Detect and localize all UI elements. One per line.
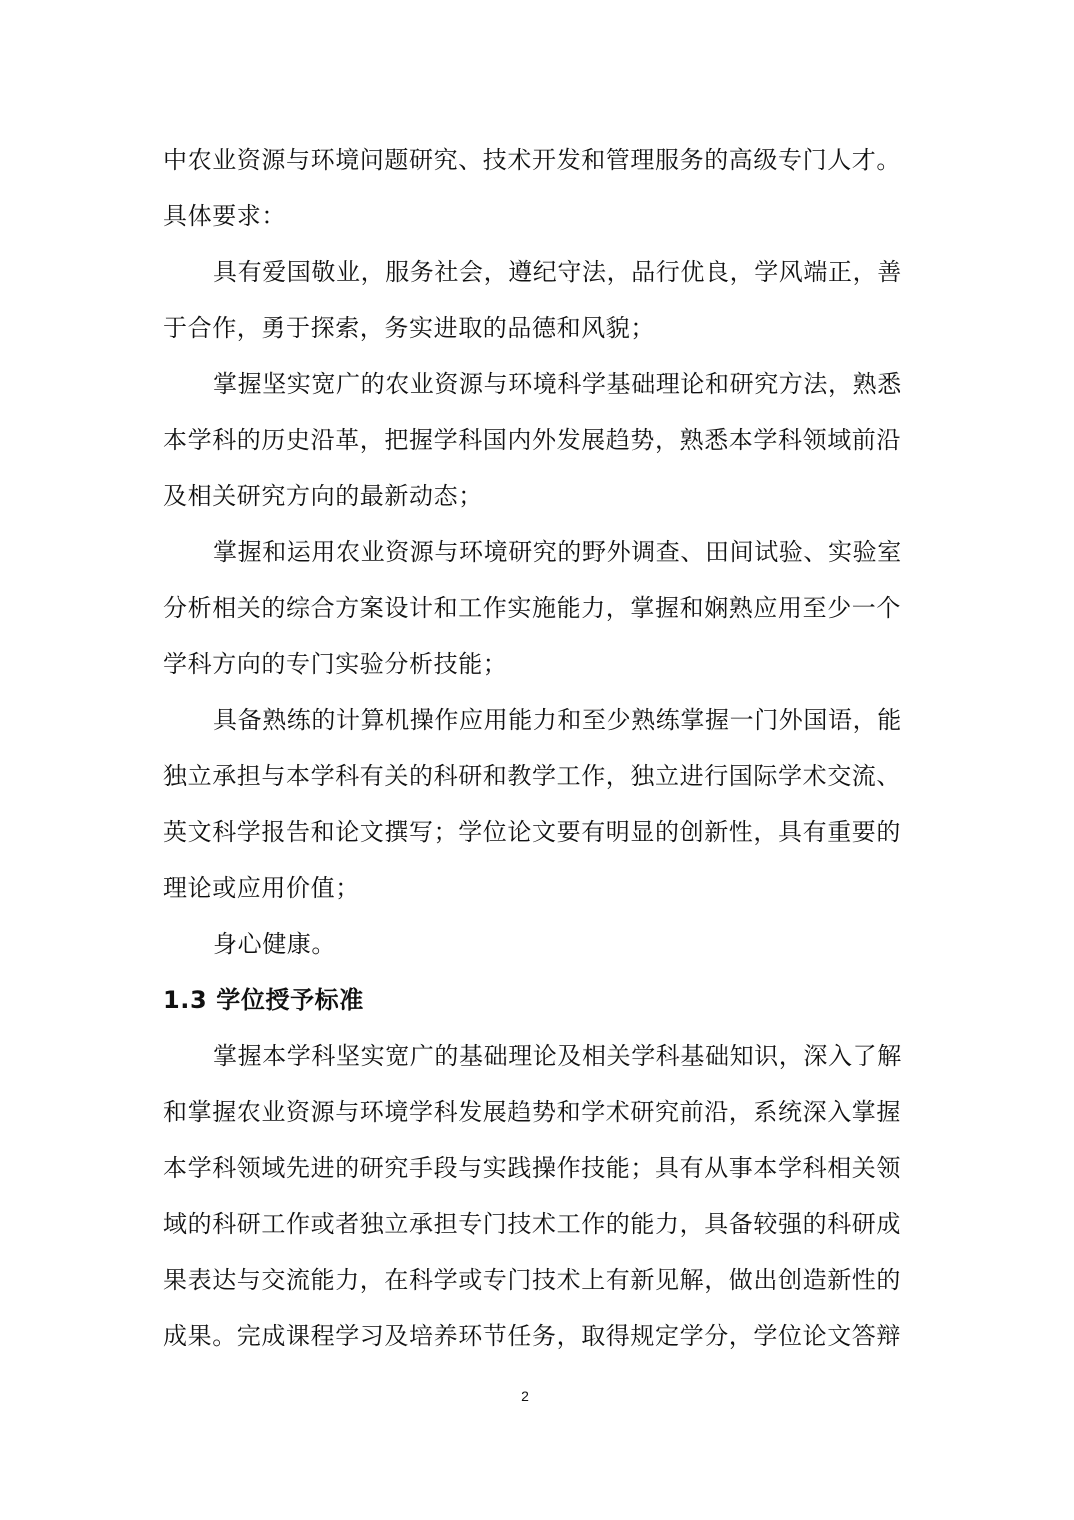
text-line: 掌握本学科坚实宽广的基础理论及相关学科基础知识，深入了解 xyxy=(213,1041,913,1071)
text-line: 具有爱国敬业，服务社会，遵纪守法，品行优良，学风端正，善 xyxy=(213,257,913,287)
page-number: 2 xyxy=(510,1388,540,1404)
text-line: 中农业资源与环境问题研究、技术开发和管理服务的高级专门人才。 xyxy=(163,145,913,175)
text-line: 和掌握农业资源与环境学科发展趋势和学术研究前沿，系统深入掌握 xyxy=(163,1097,913,1127)
text-line: 域的科研工作或者独立承担专门技术工作的能力，具备较强的科研成 xyxy=(163,1209,913,1239)
text-line: 具备熟练的计算机操作应用能力和至少熟练掌握一门外国语，能 xyxy=(213,705,913,735)
text-line: 本学科领域先进的研究手段与实践操作技能；具有从事本学科相关领 xyxy=(163,1153,913,1183)
text-line: 掌握和运用农业资源与环境研究的野外调查、田间试验、实验室 xyxy=(213,537,913,567)
text-line: 掌握坚实宽广的农业资源与环境科学基础理论和研究方法，熟悉 xyxy=(213,369,913,399)
text-line: 本学科的历史沿革，把握学科国内外发展趋势，熟悉本学科领域前沿 xyxy=(163,425,913,455)
text-line: 理论或应用价值； xyxy=(163,873,913,903)
text-line: 及相关研究方向的最新动态； xyxy=(163,481,913,511)
text-line: 英文科学报告和论文撰写；学位论文要有明显的创新性，具有重要的 xyxy=(163,817,913,847)
text-line: 学科方向的专门实验分析技能； xyxy=(163,649,913,679)
section-heading: 1.3 学位授予标准 xyxy=(163,985,913,1015)
text-line: 果表达与交流能力，在科学或专门技术上有新见解，做出创造新性的 xyxy=(163,1265,913,1295)
text-line: 于合作，勇于探索，务实进取的品德和风貌； xyxy=(163,313,913,343)
text-line: 成果。完成课程学习及培养环节任务，取得规定学分，学位论文答辩 xyxy=(163,1321,913,1351)
text-line: 身心健康。 xyxy=(213,929,913,959)
text-line: 分析相关的综合方案设计和工作实施能力，掌握和娴熟应用至少一个 xyxy=(163,593,913,623)
text-line: 独立承担与本学科有关的科研和教学工作，独立进行国际学术交流、 xyxy=(163,761,913,791)
text-line: 具体要求： xyxy=(163,201,913,231)
